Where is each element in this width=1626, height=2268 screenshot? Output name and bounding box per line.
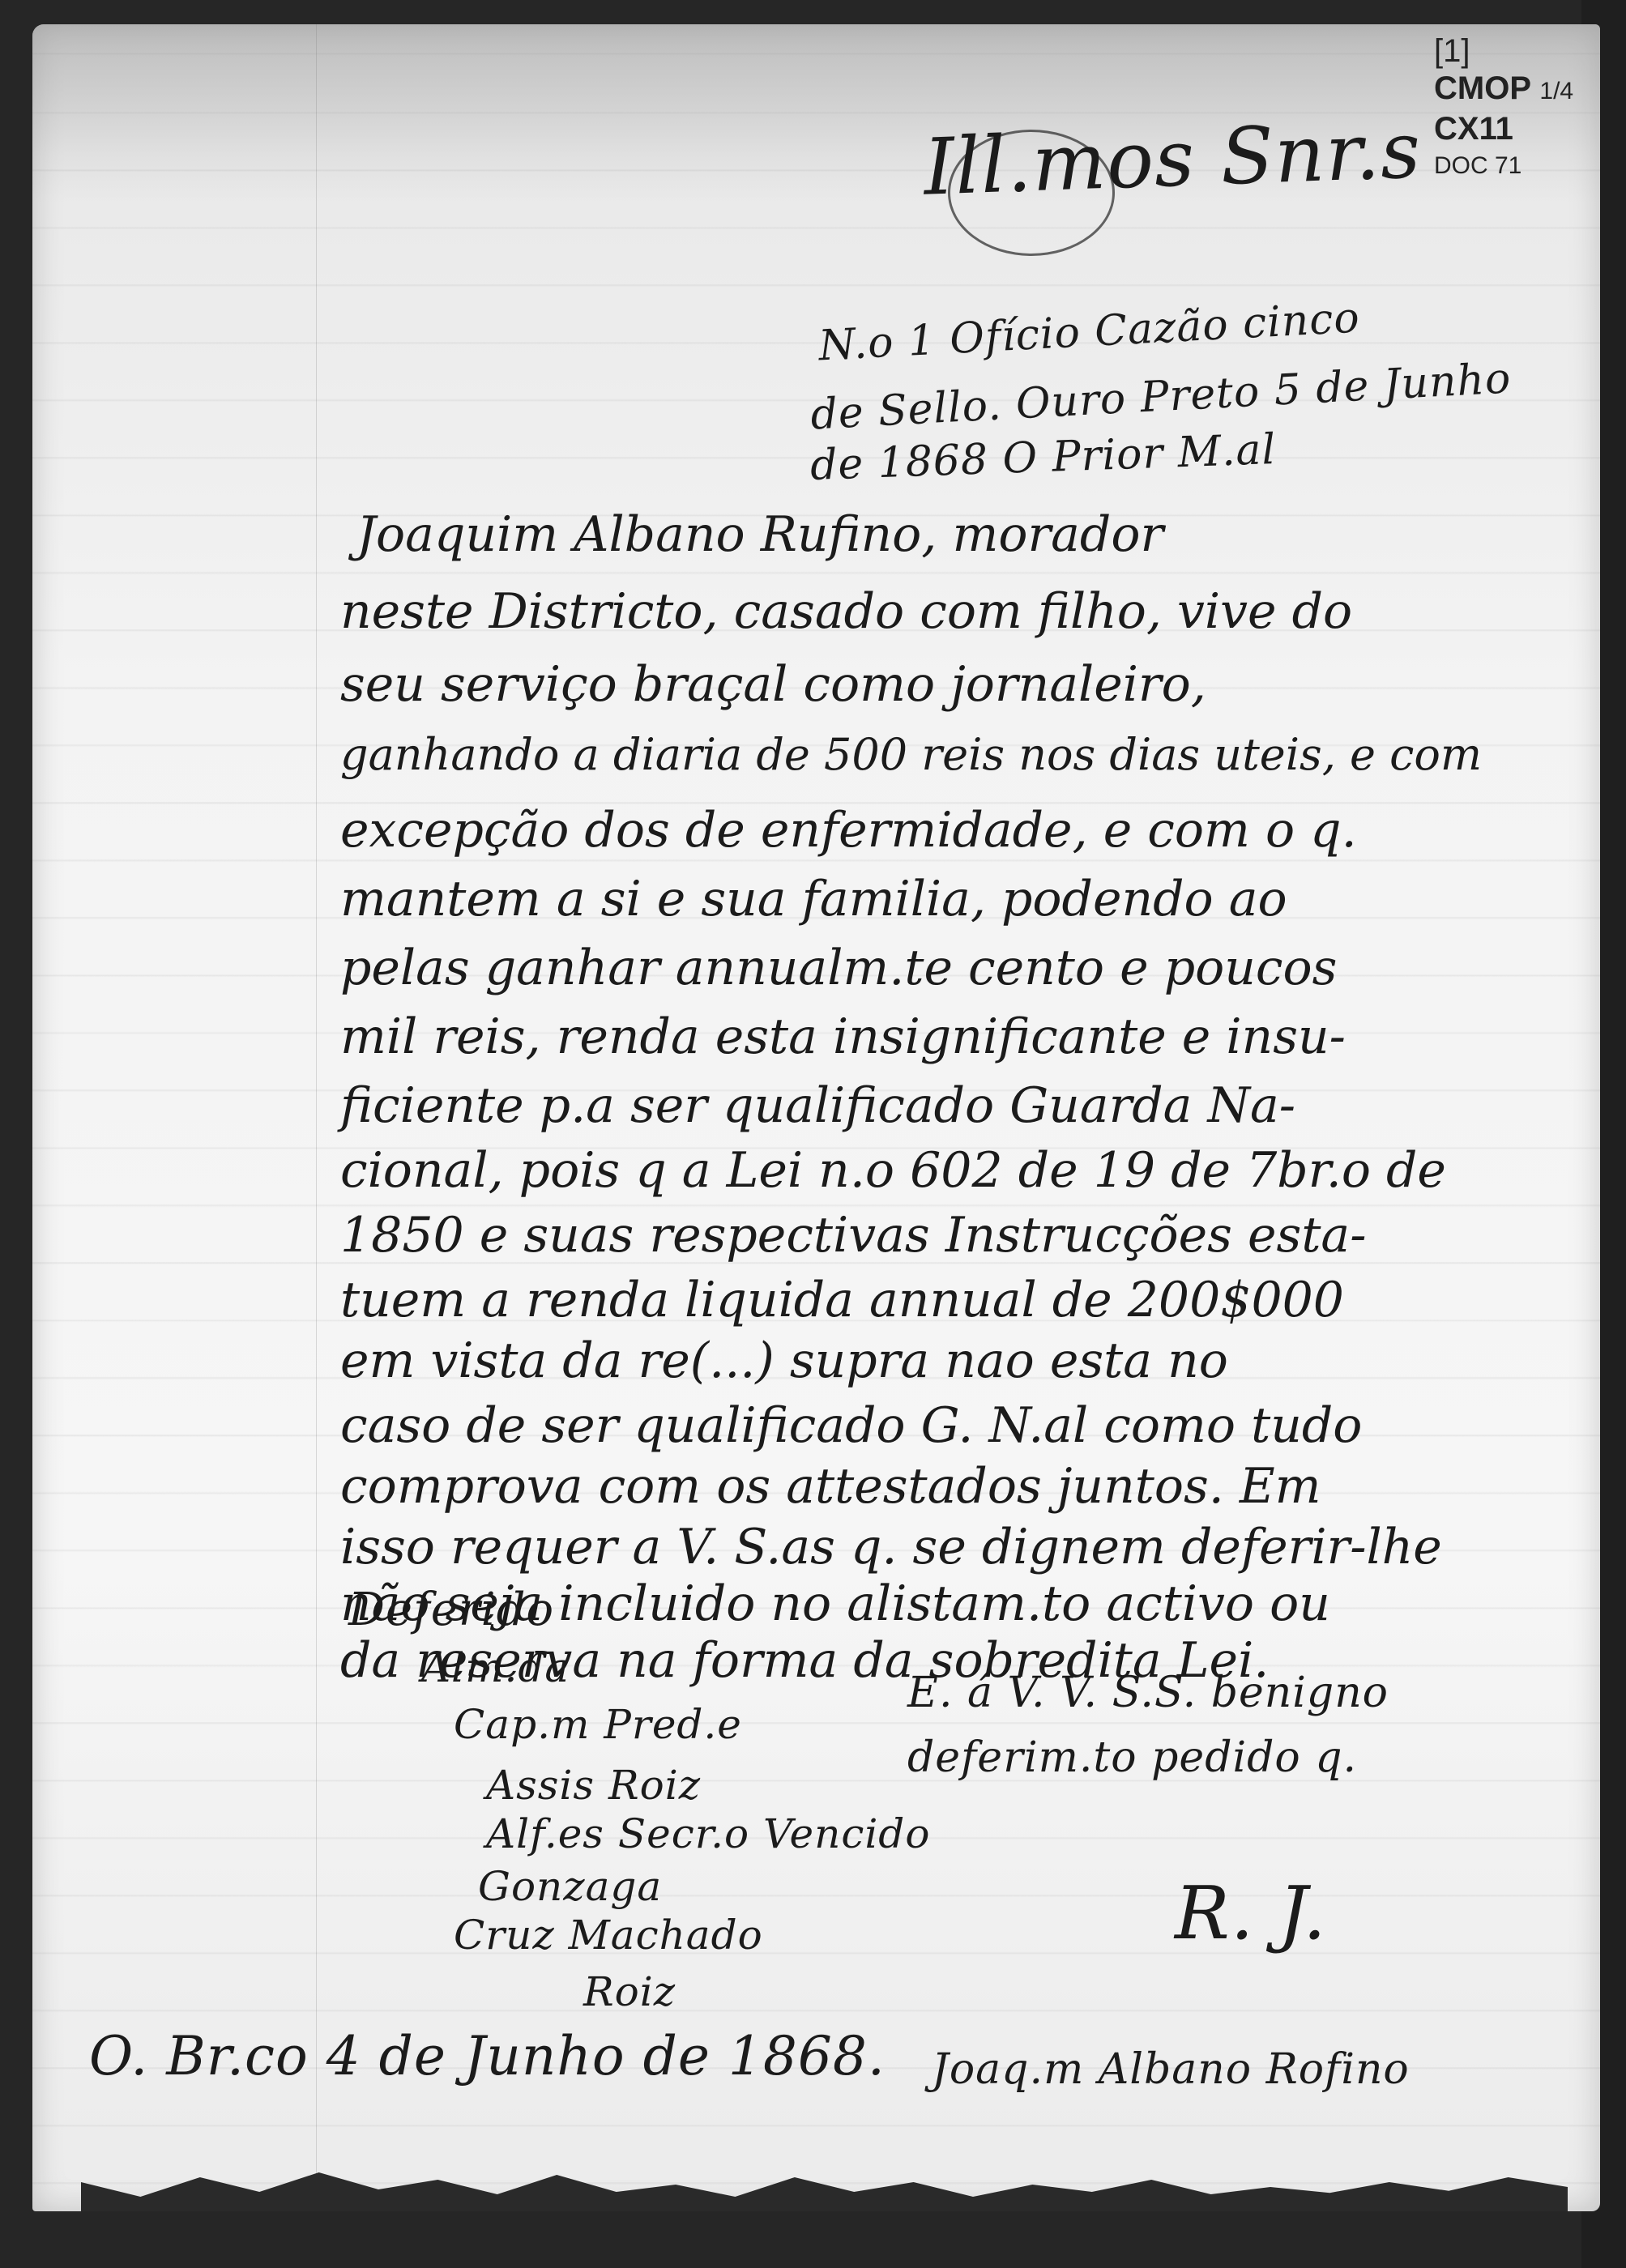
body-line-15: comprova com os attestados juntos. Em [340, 1458, 1321, 1515]
body-line-2: neste Districto, casado com filho, vive … [340, 583, 1352, 640]
body-line-1: Joaquim Albano Rufino, morador [356, 506, 1163, 563]
date-place: O. Br.co 4 de Junho de 1868. [89, 2025, 886, 2087]
body-line-10: cional, pois q a Lei n.o 602 de 19 de 7b… [340, 1142, 1446, 1199]
rubrica-mark: R. J. [1175, 1871, 1327, 1956]
archive-box: CX11 [1434, 110, 1573, 147]
archive-fund-superscript: 1/4 [1539, 78, 1573, 104]
body-line-16: isso requer a V. S.as q. se dignem defer… [340, 1519, 1442, 1575]
body-line-14: caso de ser qualificado G. N.al como tud… [340, 1397, 1362, 1454]
body-line-7: pelas ganhar annualm.te cento e poucos [340, 940, 1337, 996]
document-scan: [1] CMOP 1/4 CX11 DOC 71 Ill.mos Snr.s N… [0, 0, 1626, 2268]
archive-reference-label: [1] CMOP 1/4 CX11 DOC 71 [1434, 32, 1573, 185]
body-line-5: excepção dos de enfermidade, e com o q. [340, 802, 1357, 859]
archive-bracket-number: [1] [1434, 32, 1573, 70]
archive-fund: CMOP [1434, 70, 1530, 106]
despacho-deferido: Deferido [348, 1584, 554, 1636]
closing-formula-line-1: E. á V. V. S.S. benigno [907, 1669, 1389, 1717]
body-line-4: ganhando a diaria de 500 reis nos dias u… [340, 729, 1482, 780]
body-line-6: mantem a si e sua familia, podendo ao [340, 871, 1287, 927]
despacho-signature-cruz-machado: Cruz Machado [454, 1912, 763, 1959]
despacho-signature-capitao: Cap.m Pred.e [454, 1701, 742, 1748]
despacho-signature-gonzaga: Gonzaga [478, 1863, 662, 1910]
despacho-signature-assis: Assis Roiz [486, 1762, 701, 1809]
body-line-3: seu serviço braçal como jornaleiro, [340, 656, 1206, 713]
body-line-9: ficiente p.a ser qualificado Guarda Na- [340, 1077, 1295, 1134]
body-line-8: mil reis, renda esta insignificante e in… [340, 1008, 1346, 1065]
archive-doc-number: DOC 71 [1434, 147, 1573, 185]
closing-formula-line-2: deferim.to pedido q. [907, 1733, 1357, 1782]
salutation: Ill.mos Snr.s [922, 104, 1423, 212]
margin-fold-line [316, 24, 317, 2211]
body-line-12: tuem a renda liquida annual de 200$000 [340, 1272, 1344, 1328]
petitioner-signature: Joaq.m Albano Rofino [932, 2045, 1410, 2094]
despacho-signature-alferes: Alf.es Secr.o Vencido [486, 1810, 930, 1857]
body-line-13: em vista da re(...) supra nao esta no [340, 1332, 1228, 1389]
body-line-11: 1850 e suas respectivas Instrucções esta… [340, 1207, 1366, 1264]
despacho-signature-roiz: Roiz [583, 1968, 676, 2015]
despacho-signature-almeida: Alm.da [421, 1644, 570, 1691]
archive-fund-line: CMOP 1/4 [1434, 70, 1573, 110]
